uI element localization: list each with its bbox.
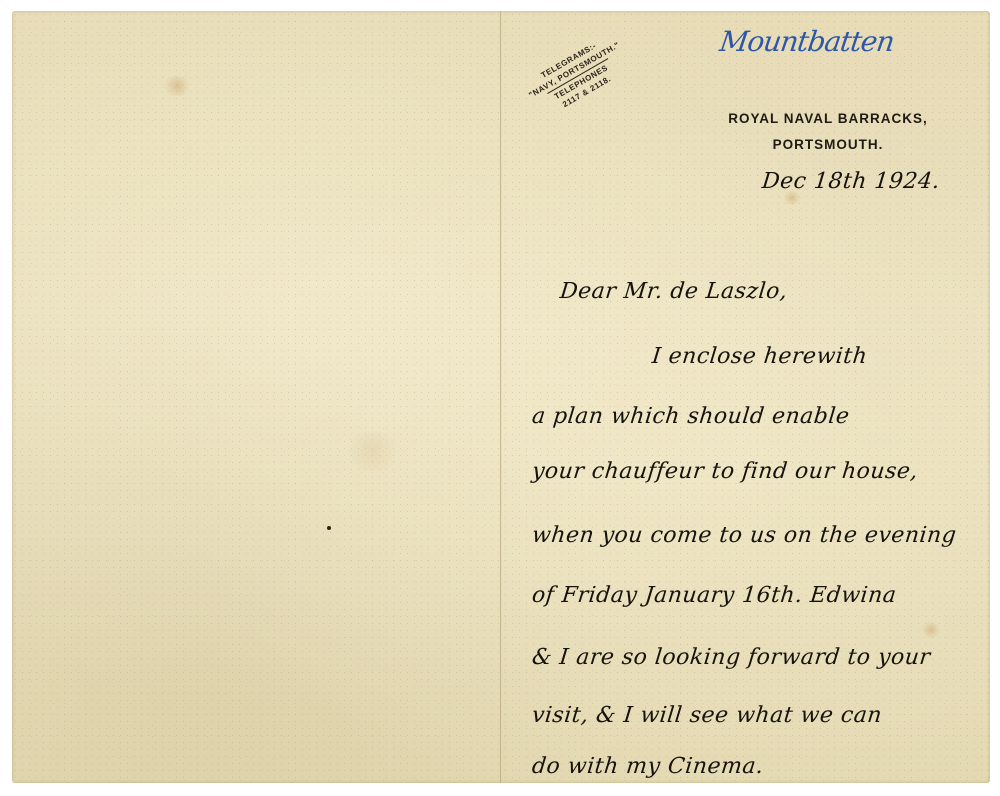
body-line: do with my Cinema. bbox=[531, 754, 765, 779]
paper-stain bbox=[922, 621, 940, 639]
telegram-info-block: TELEGRAMS:- "NAVY, PORTSMOUTH." TELEPHON… bbox=[510, 23, 673, 175]
body-line: a plan which should enable bbox=[531, 404, 851, 429]
body-line: of Friday January 16th. Edwina bbox=[531, 583, 898, 608]
paper-stain bbox=[342, 431, 402, 471]
body-line: visit, & I will see what we can bbox=[531, 703, 884, 728]
body-line: & I are so looking forward to your bbox=[531, 645, 932, 670]
right-page: Mountbatten TELEGRAMS:- "NAVY, PORTSMOUT… bbox=[502, 11, 990, 783]
paper-stain bbox=[162, 76, 192, 96]
left-page bbox=[12, 11, 500, 783]
letterhead-line-1: ROYAL NAVAL BARRACKS, bbox=[698, 106, 958, 132]
body-line: I enclose herewith bbox=[651, 344, 869, 369]
letterhead: ROYAL NAVAL BARRACKS, PORTSMOUTH. bbox=[698, 106, 958, 158]
body-line: your chauffeur to find our house, bbox=[531, 459, 920, 484]
body-line: when you come to us on the evening bbox=[531, 523, 958, 548]
salutation: Dear Mr. de Laszlo, bbox=[559, 279, 789, 304]
letter-sheet: Mountbatten TELEGRAMS:- "NAVY, PORTSMOUT… bbox=[12, 11, 990, 783]
letter-date: Dec 18th 1924. bbox=[761, 169, 942, 194]
annotation-signature: Mountbatten bbox=[718, 25, 896, 58]
letterhead-line-2: PORTSMOUTH. bbox=[698, 132, 958, 158]
ink-spot bbox=[327, 526, 331, 530]
